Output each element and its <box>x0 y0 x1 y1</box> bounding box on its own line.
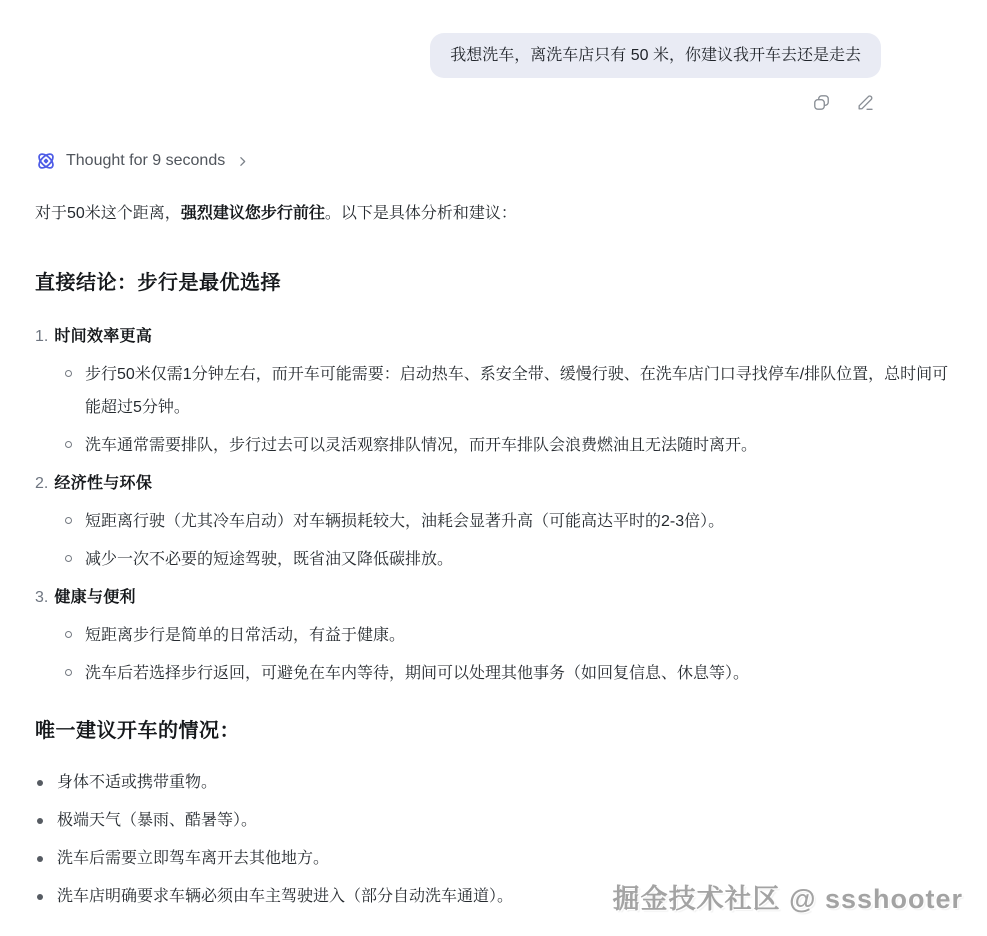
sub-item-text: 短距离步行是简单的日常活动，有益于健康。 <box>85 619 405 652</box>
dot-bullet-icon <box>37 856 43 862</box>
item-title: 健康与便利 <box>54 589 136 606</box>
sub-list-item: 步行50米仅需1分钟左右，而开车可能需要：启动热车、系安全带、缓慢行驶、在洗车店… <box>35 358 959 424</box>
sub-list-item: 减少一次不必要的短途驾驶，既省油又降低碳排放。 <box>35 543 959 576</box>
bullet-item: 洗车后需要立即驾车离开去其他地方。 <box>35 842 959 875</box>
item-number: 1. <box>35 328 48 345</box>
user-message-bubble: 我想洗车，离洗车店只有 50 米，你建议我开车去还是走去 <box>430 33 881 78</box>
section-heading-conclusion: 直接结论：步行是最优选择 <box>35 269 959 297</box>
copy-button[interactable] <box>812 93 831 112</box>
sub-list-item: 洗车通常需要排队，步行过去可以灵活观察排队情况，而开车排队会浪费燃油且无法随时离… <box>35 429 959 462</box>
sub-list-item: 短距离行驶（尤其冷车启动）对车辆损耗较大，油耗会显著升高（可能高达平时的2-3倍… <box>35 505 959 538</box>
user-message-text: 我想洗车，离洗车店只有 50 米，你建议我开车去还是走去 <box>450 47 861 64</box>
bullet-text: 洗车店明确要求车辆必须由车主驾驶进入（部分自动洗车通道）。 <box>57 880 513 913</box>
sub-list-item: 洗车后若选择步行返回，可避免在车内等待，期间可以处理其他事务（如回复信息、休息等… <box>35 657 959 690</box>
bullet-item: 身体不适或携带重物。 <box>35 766 959 799</box>
edit-pencil-icon <box>856 93 875 112</box>
numbered-item-head: 2.经济性与环保 <box>35 467 959 500</box>
intro-post: 。以下是具体分析和建议： <box>325 205 517 222</box>
sub-item-text: 步行50米仅需1分钟左右，而开车可能需要：启动热车、系安全带、缓慢行驶、在洗车店… <box>85 358 959 424</box>
circle-bullet-icon <box>65 370 72 377</box>
watermark: 掘金技术社区 @ ssshooter <box>613 877 963 916</box>
sub-item-text: 洗车通常需要排队，步行过去可以灵活观察排队情况，而开车排队会浪费燃油且无法随时离… <box>85 429 757 462</box>
thought-label: Thought for 9 seconds <box>66 152 225 170</box>
item-title: 时间效率更高 <box>54 328 152 345</box>
dot-bullet-icon <box>37 894 43 900</box>
intro-paragraph: 对于50米这个距离，强烈建议您步行前往。以下是具体分析和建议： <box>35 201 959 227</box>
atom-thinking-icon <box>35 150 57 172</box>
bullet-text: 极端天气（暴雨、酷暑等）。 <box>57 804 257 837</box>
item-title: 经济性与环保 <box>54 475 152 492</box>
sub-item-text: 减少一次不必要的短途驾驶，既省油又降低碳排放。 <box>85 543 453 576</box>
circle-bullet-icon <box>65 517 72 524</box>
intro-bold: 强烈建议您步行前往 <box>181 205 325 222</box>
chevron-right-icon <box>236 155 249 168</box>
sub-item-text: 洗车后若选择步行返回，可避免在车内等待，期间可以处理其他事务（如回复信息、休息等… <box>85 657 749 690</box>
circle-bullet-icon <box>65 441 72 448</box>
edit-button[interactable] <box>856 93 875 112</box>
numbered-item-head: 3.健康与便利 <box>35 581 959 614</box>
chat-page: 我想洗车，离洗车店只有 50 米，你建议我开车去还是走去 <box>0 0 987 936</box>
intro-pre: 对于50米这个距离， <box>35 205 181 222</box>
bullet-text: 洗车后需要立即驾车离开去其他地方。 <box>57 842 329 875</box>
bullet-item: 极端天气（暴雨、酷暑等）。 <box>35 804 959 837</box>
dot-bullet-icon <box>37 780 43 786</box>
circle-bullet-icon <box>65 631 72 638</box>
bullet-text: 身体不适或携带重物。 <box>57 766 217 799</box>
numbered-item-2: 2.经济性与环保 短距离行驶（尤其冷车启动）对车辆损耗较大，油耗会显著升高（可能… <box>35 467 959 576</box>
copy-icon <box>812 93 831 112</box>
circle-bullet-icon <box>65 669 72 676</box>
sub-list-item: 短距离步行是简单的日常活动，有益于健康。 <box>35 619 959 652</box>
message-actions <box>0 78 987 112</box>
circle-bullet-icon <box>65 555 72 562</box>
sub-item-text: 短距离行驶（尤其冷车启动）对车辆损耗较大，油耗会显著升高（可能高达平时的2-3倍… <box>85 505 724 538</box>
assistant-message: 对于50米这个距离，强烈建议您步行前往。以下是具体分析和建议： 直接结论：步行是… <box>0 201 987 913</box>
thought-toggle[interactable]: Thought for 9 seconds <box>35 150 249 172</box>
section-heading-drive-cases: 唯一建议开车的情况： <box>35 717 959 745</box>
user-message-row: 我想洗车，离洗车店只有 50 米，你建议我开车去还是走去 <box>0 0 987 78</box>
dot-bullet-icon <box>37 818 43 824</box>
numbered-item-head: 1.时间效率更高 <box>35 320 959 353</box>
item-number: 3. <box>35 589 48 606</box>
item-number: 2. <box>35 475 48 492</box>
numbered-list: 1.时间效率更高 步行50米仅需1分钟左右，而开车可能需要：启动热车、系安全带、… <box>35 320 959 690</box>
numbered-item-1: 1.时间效率更高 步行50米仅需1分钟左右，而开车可能需要：启动热车、系安全带、… <box>35 320 959 462</box>
numbered-item-3: 3.健康与便利 短距离步行是简单的日常活动，有益于健康。 洗车后若选择步行返回，… <box>35 581 959 690</box>
